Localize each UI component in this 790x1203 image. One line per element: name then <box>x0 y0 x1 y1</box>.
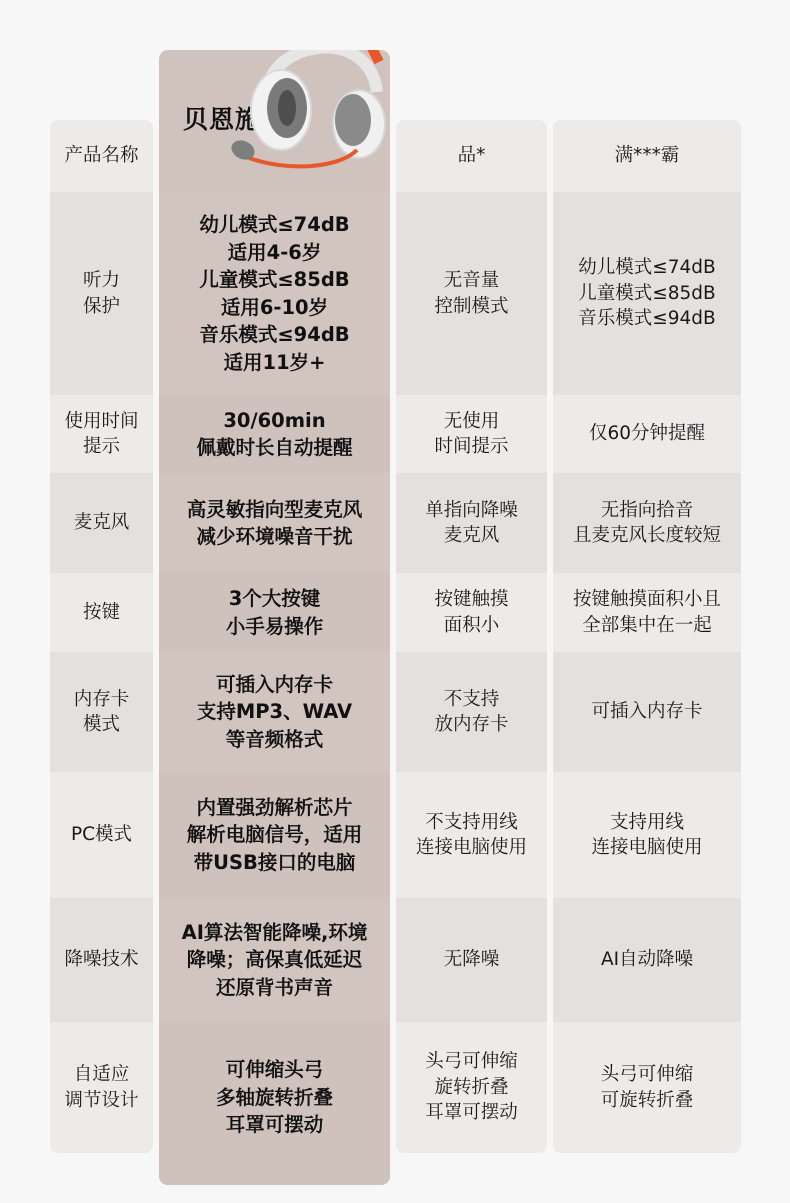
row-label-noise: 降噪技术 <box>50 898 153 1022</box>
c2-adaptive: 头弓可伸缩 可旋转折叠 <box>553 1022 741 1153</box>
row-label-mic: 麦克风 <box>50 473 153 573</box>
c2-time: 仅60分钟提醒 <box>553 395 741 473</box>
c1-noise: 无降噪 <box>396 898 547 1022</box>
c2-pc: 支持用线 连接电脑使用 <box>553 772 741 898</box>
c1-keys: 按键触摸 面积小 <box>396 573 547 652</box>
featured-column: 贝恩施 幼儿模式≤74dB 适用4-6岁 儿童模式≤85dB 适用6-10岁 音… <box>159 50 390 1185</box>
c1-memory: 不支持 放内存卡 <box>396 652 547 772</box>
c1-hearing: 无音量 控制模式 <box>396 192 547 395</box>
c2-memory: 可插入内存卡 <box>553 652 741 772</box>
row-label-time: 使用时间 提示 <box>50 395 153 473</box>
c2-mic: 无指向拾音 且麦克风长度较短 <box>553 473 741 573</box>
competitor-1-name: 品* <box>396 120 547 192</box>
c2-noise: AI自动降噪 <box>553 898 741 1022</box>
featured-noise: AI算法智能降噪,环境 降噪；高保真低延迟 还原背书声音 <box>159 898 390 1022</box>
c2-keys: 按键触摸面积小且 全部集中在一起 <box>553 573 741 652</box>
featured-memory: 可插入内存卡 支持MP3、WAV 等音频格式 <box>159 652 390 772</box>
header-label: 产品名称 <box>50 120 153 192</box>
row-label-adaptive: 自适应 调节设计 <box>50 1022 153 1153</box>
featured-hearing: 幼儿模式≤74dB 适用4-6岁 儿童模式≤85dB 适用6-10岁 音乐模式≤… <box>159 192 390 395</box>
row-label-pc: PC模式 <box>50 772 153 898</box>
row-label-keys: 按键 <box>50 573 153 652</box>
c1-time: 无使用 时间提示 <box>396 395 547 473</box>
competitor-2-column: 满***霸 幼儿模式≤74dB 儿童模式≤85dB 音乐模式≤94dB 仅60分… <box>553 120 741 1153</box>
featured-adaptive: 可伸缩头弓 多轴旋转折叠 耳罩可摆动 <box>159 1022 390 1185</box>
row-label-hearing: 听力 保护 <box>50 192 153 395</box>
competitor-2-name: 满***霸 <box>553 120 741 192</box>
headphones-icon <box>219 50 389 192</box>
featured-keys: 3个大按键 小手易操作 <box>159 573 390 652</box>
row-label-memory: 内存卡 模式 <box>50 652 153 772</box>
c2-hearing: 幼儿模式≤74dB 儿童模式≤85dB 音乐模式≤94dB <box>553 192 741 395</box>
label-column: 产品名称 听力 保护 使用时间 提示 麦克风 按键 内存卡 模式 PC模式 降噪… <box>50 120 153 1153</box>
featured-mic: 高灵敏指向型麦克风 减少环境噪音干扰 <box>159 473 390 573</box>
featured-pc: 内置强劲解析芯片 解析电脑信号，适用 带USB接口的电脑 <box>159 772 390 898</box>
c1-adaptive: 头弓可伸缩 旋转折叠 耳罩可摆动 <box>396 1022 547 1153</box>
c1-pc: 不支持用线 连接电脑使用 <box>396 772 547 898</box>
c1-mic: 单指向降噪 麦克风 <box>396 473 547 573</box>
competitor-1-column: 品* 无音量 控制模式 无使用 时间提示 单指向降噪 麦克风 按键触摸 面积小 … <box>396 120 547 1153</box>
featured-header: 贝恩施 <box>159 50 390 192</box>
featured-time: 30/60min 佩戴时长自动提醒 <box>159 395 390 473</box>
